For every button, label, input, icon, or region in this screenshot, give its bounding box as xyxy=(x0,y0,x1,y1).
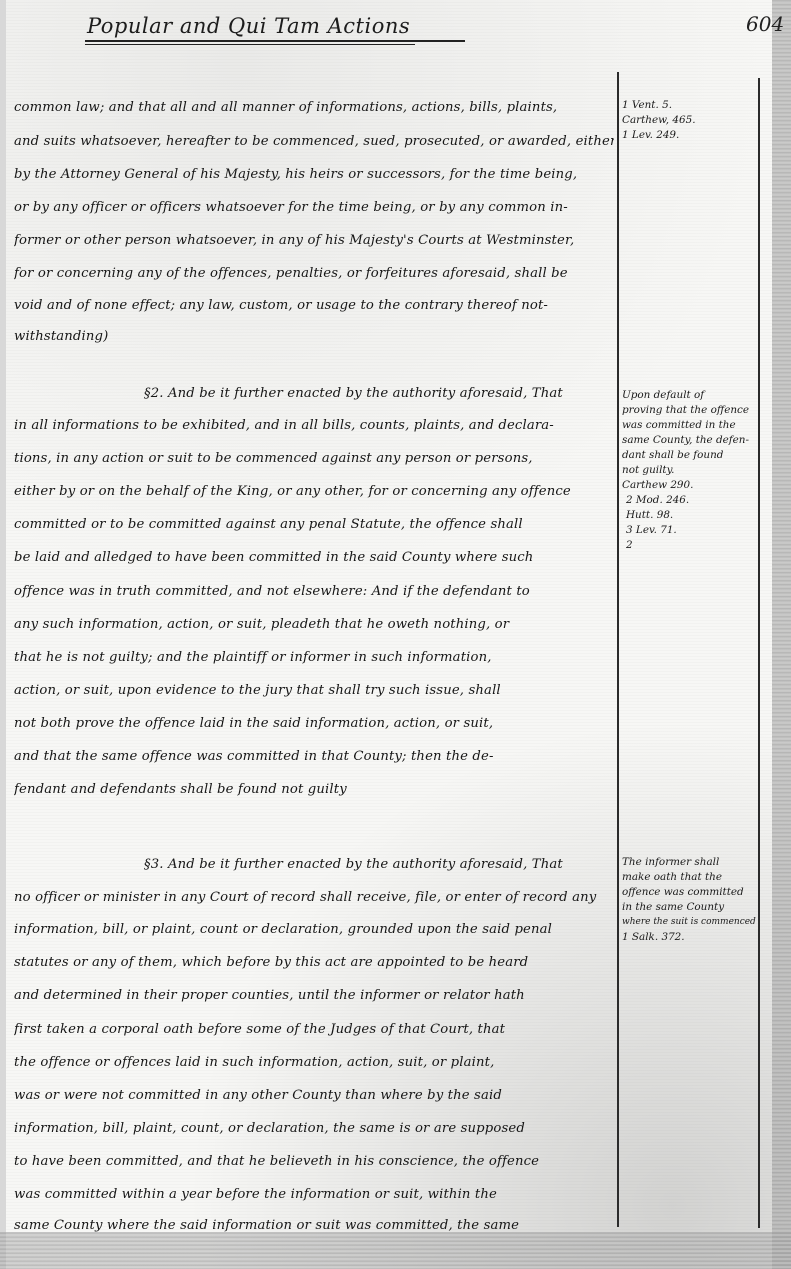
margin-note-line: in the same County xyxy=(622,900,724,914)
text-line: common law; and that all and all manner … xyxy=(14,100,614,115)
text-line: either by or on the behalf of the King, … xyxy=(14,484,614,499)
page-number: 604 xyxy=(746,12,784,36)
text-line: statutes or any of them, which before by… xyxy=(14,955,614,970)
margin-note-line: was committed in the xyxy=(622,418,736,432)
scan-right-edge xyxy=(772,0,791,1269)
section-3-heading: §3. And be it further enacted by the aut… xyxy=(14,857,614,872)
text-line: fendant and defendants shall be found no… xyxy=(14,782,614,797)
text-line: in all informations to be exhibited, and… xyxy=(14,418,614,433)
text-line: same County where the said information o… xyxy=(14,1218,614,1233)
margin-note-line: not guilty. xyxy=(622,463,674,477)
margin-citation: Hutt. 98. xyxy=(626,508,673,522)
scan-left-edge xyxy=(0,0,6,1269)
text-line: and suits whatsoever, hereafter to be co… xyxy=(14,134,614,149)
text-line: withstanding) xyxy=(14,329,614,344)
text-line: any such information, action, or suit, p… xyxy=(14,617,614,632)
title-underline-second xyxy=(85,44,415,45)
text-line: by the Attorney General of his Majesty, … xyxy=(14,167,614,182)
margin-citation: 1 Lev. 249. xyxy=(622,128,679,142)
margin-note-line: same County, the defen- xyxy=(622,433,749,447)
page-title: Popular and Qui Tam Actions xyxy=(85,14,465,38)
text-line: or by any officer or officers whatsoever… xyxy=(14,200,614,215)
section-2-heading: §2. And be it further enacted by the aut… xyxy=(14,386,614,401)
text-line: void and of none effect; any law, custom… xyxy=(14,298,614,313)
margin-citation: 1 Vent. 5. xyxy=(622,98,672,112)
text-line: tions, in any action or suit to be comme… xyxy=(14,451,614,466)
text-line: former or other person whatsoever, in an… xyxy=(14,233,614,248)
text-line: be laid and alledged to have been commit… xyxy=(14,550,614,565)
text-line: that he is not guilty; and the plaintiff… xyxy=(14,650,614,665)
margin-note-line: Upon default of xyxy=(622,388,704,402)
text-line: not both prove the offence laid in the s… xyxy=(14,716,614,731)
margin-citation: 3 Lev. 71. xyxy=(626,523,677,537)
margin-citation: Carthew 290. xyxy=(622,478,693,492)
margin-rule-left xyxy=(617,72,619,1227)
text-line: for or concerning any of the offences, p… xyxy=(14,266,614,281)
margin-citation: Carthew, 465. xyxy=(622,113,696,127)
margin-rule-right xyxy=(758,78,760,1228)
margin-note-line: dant shall be found xyxy=(622,448,723,462)
margin-citation: 2 Mod. 246. xyxy=(626,493,689,507)
text-line: the offence or offences laid in such inf… xyxy=(14,1055,614,1070)
text-line: no officer or minister in any Court of r… xyxy=(14,890,614,905)
text-line: was or were not committed in any other C… xyxy=(14,1088,614,1103)
margin-note-line: make oath that the xyxy=(622,870,722,884)
text-line: information, bill, plaint, count, or dec… xyxy=(14,1121,614,1136)
text-line: first taken a corporal oath before some … xyxy=(14,1022,614,1037)
scan-bottom-edge xyxy=(0,1232,791,1269)
margin-note-line: offence was committed xyxy=(622,885,744,899)
page-header: Popular and Qui Tam Actions xyxy=(85,14,465,45)
margin-citation: 1 Salk. 372. xyxy=(622,930,685,944)
text-line: was committed within a year before the i… xyxy=(14,1187,614,1202)
text-line: information, bill, or plaint, count or d… xyxy=(14,922,614,937)
text-line: offence was in truth committed, and not … xyxy=(14,584,614,599)
text-line: and that the same offence was committed … xyxy=(14,749,614,764)
margin-citation: 2 xyxy=(626,538,633,552)
text-line: to have been committed, and that he beli… xyxy=(14,1154,614,1169)
margin-note-line: The informer shall xyxy=(622,855,719,869)
text-line: committed or to be committed against any… xyxy=(14,517,614,532)
margin-note-line: where the suit is commenced xyxy=(622,915,756,929)
margin-note-line: proving that the offence xyxy=(622,403,749,417)
text-line: and determined in their proper counties,… xyxy=(14,988,614,1003)
title-underline xyxy=(85,40,465,42)
text-line: action, or suit, upon evidence to the ju… xyxy=(14,683,614,698)
document-page: Popular and Qui Tam Actions 604 common l… xyxy=(0,0,791,1269)
